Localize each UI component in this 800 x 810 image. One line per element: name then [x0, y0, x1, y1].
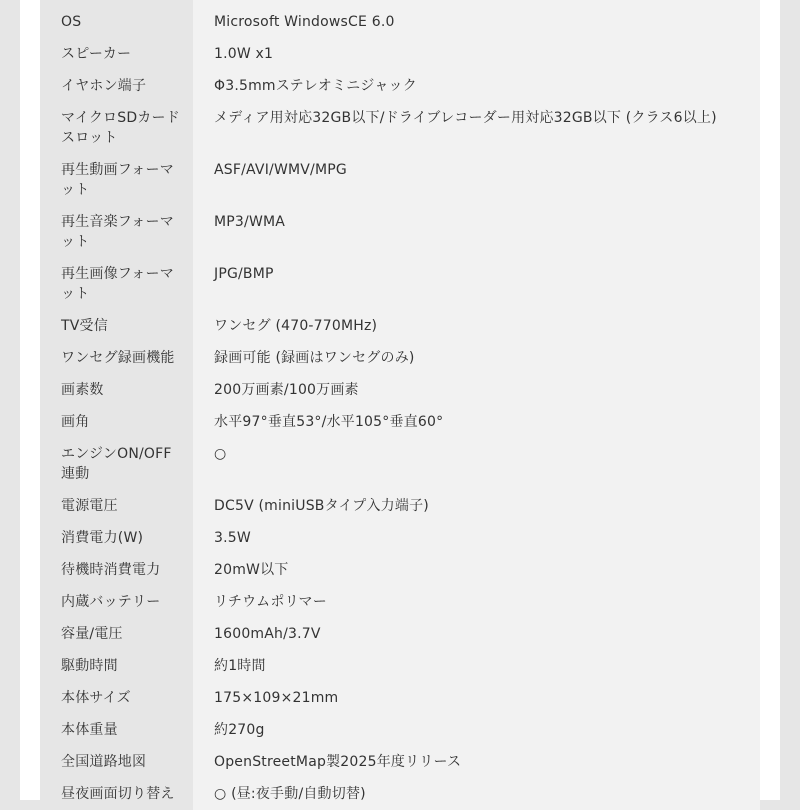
- spec-row-power-voltage: 電源電圧 DC5V (miniUSBタイプ入力端子): [40, 490, 760, 522]
- spec-value: メディア用対応32GB以下/ドライブレコーダー用対応32GB以下 (クラス6以上…: [193, 102, 760, 154]
- spec-label: ワンセグ録画機能: [40, 342, 193, 374]
- spec-row-road-map: 全国道路地図 OpenStreetMap製2025年度リリース: [40, 746, 760, 778]
- spec-value: 1600mAh/3.7V: [193, 618, 760, 650]
- spec-row-body-size: 本体サイズ 175×109×21mm: [40, 682, 760, 714]
- spec-row-microsd-slot: マイクロSDカードスロット メディア用対応32GB以下/ドライブレコーダー用対応…: [40, 102, 760, 154]
- spec-value: 水平97°垂直53°/水平105°垂直60°: [193, 406, 760, 438]
- spec-label: マイクロSDカードスロット: [40, 102, 193, 154]
- spec-row-pixels: 画素数 200万画素/100万画素: [40, 374, 760, 406]
- spec-value: 録画可能 (録画はワンセグのみ): [193, 342, 760, 374]
- spec-label: 待機時消費電力: [40, 554, 193, 586]
- spec-row-view-angle: 画角 水平97°垂直53°/水平105°垂直60°: [40, 406, 760, 438]
- spec-row-standby-power: 待機時消費電力 20mW以下: [40, 554, 760, 586]
- spec-label: 消費電力(W): [40, 522, 193, 554]
- spec-value: 175×109×21mm: [193, 682, 760, 714]
- spec-value: 約1時間: [193, 650, 760, 682]
- spec-value: JPG/BMP: [193, 258, 760, 310]
- spec-label: 全国道路地図: [40, 746, 193, 778]
- spec-label: 画素数: [40, 374, 193, 406]
- spec-value: MP3/WMA: [193, 206, 760, 258]
- spec-label: 内蔵バッテリー: [40, 586, 193, 618]
- spec-label: OS: [40, 6, 193, 38]
- spec-row-video-format: 再生動画フォーマット ASF/AVI/WMV/MPG: [40, 154, 760, 206]
- spec-value: DC5V (miniUSBタイプ入力端子): [193, 490, 760, 522]
- spec-row-image-format: 再生画像フォーマット JPG/BMP: [40, 258, 760, 310]
- spec-value: 約270g: [193, 714, 760, 746]
- spec-value: ○: [193, 438, 760, 490]
- spec-value: リチウムポリマー: [193, 586, 760, 618]
- spec-label: 昼夜画面切り替え: [40, 778, 193, 800]
- spec-value: Φ3.5mmステレオミニジャック: [193, 70, 760, 102]
- spec-row-engine-link: エンジンON/OFF連動 ○: [40, 438, 760, 490]
- spec-value: 20mW以下: [193, 554, 760, 586]
- page-container: OS Microsoft WindowsCE 6.0 スピーカー 1.0W x1…: [20, 0, 780, 800]
- spec-value: ワンセグ (470-770MHz): [193, 310, 760, 342]
- spec-row-speaker: スピーカー 1.0W x1: [40, 38, 760, 70]
- spec-value: Microsoft WindowsCE 6.0: [193, 6, 760, 38]
- spec-label: 本体重量: [40, 714, 193, 746]
- spec-label: 再生動画フォーマット: [40, 154, 193, 206]
- spec-row-tv-reception: TV受信 ワンセグ (470-770MHz): [40, 310, 760, 342]
- spec-label: TV受信: [40, 310, 193, 342]
- spec-row-battery: 内蔵バッテリー リチウムポリマー: [40, 586, 760, 618]
- spec-row-day-night-switch: 昼夜画面切り替え ○ (昼:夜手動/自動切替): [40, 778, 760, 800]
- spec-label: スピーカー: [40, 38, 193, 70]
- spec-label: 容量/電圧: [40, 618, 193, 650]
- spec-label: 本体サイズ: [40, 682, 193, 714]
- spec-label: 再生音楽フォーマット: [40, 206, 193, 258]
- spec-row-music-format: 再生音楽フォーマット MP3/WMA: [40, 206, 760, 258]
- spec-row-capacity-voltage: 容量/電圧 1600mAh/3.7V: [40, 618, 760, 650]
- spec-value: ASF/AVI/WMV/MPG: [193, 154, 760, 206]
- spec-row-earphone-jack: イヤホン端子 Φ3.5mmステレオミニジャック: [40, 70, 760, 102]
- spec-label: 電源電圧: [40, 490, 193, 522]
- spec-label: エンジンON/OFF連動: [40, 438, 193, 490]
- spec-label: 再生画像フォーマット: [40, 258, 193, 310]
- spec-value: 1.0W x1: [193, 38, 760, 70]
- spec-row-os: OS Microsoft WindowsCE 6.0: [40, 6, 760, 38]
- spec-label: 画角: [40, 406, 193, 438]
- spec-value: OpenStreetMap製2025年度リリース: [193, 746, 760, 778]
- spec-table: OS Microsoft WindowsCE 6.0 スピーカー 1.0W x1…: [40, 6, 760, 800]
- spec-value: 200万画素/100万画素: [193, 374, 760, 406]
- spec-row-oneseg-recording: ワンセグ録画機能 録画可能 (録画はワンセグのみ): [40, 342, 760, 374]
- spec-value: 3.5W: [193, 522, 760, 554]
- spec-row-run-time: 駆動時間 約1時間: [40, 650, 760, 682]
- spec-row-body-weight: 本体重量 約270g: [40, 714, 760, 746]
- spec-row-power-consumption: 消費電力(W) 3.5W: [40, 522, 760, 554]
- spec-label: イヤホン端子: [40, 70, 193, 102]
- spec-label: 駆動時間: [40, 650, 193, 682]
- spec-value: ○ (昼:夜手動/自動切替): [193, 778, 760, 800]
